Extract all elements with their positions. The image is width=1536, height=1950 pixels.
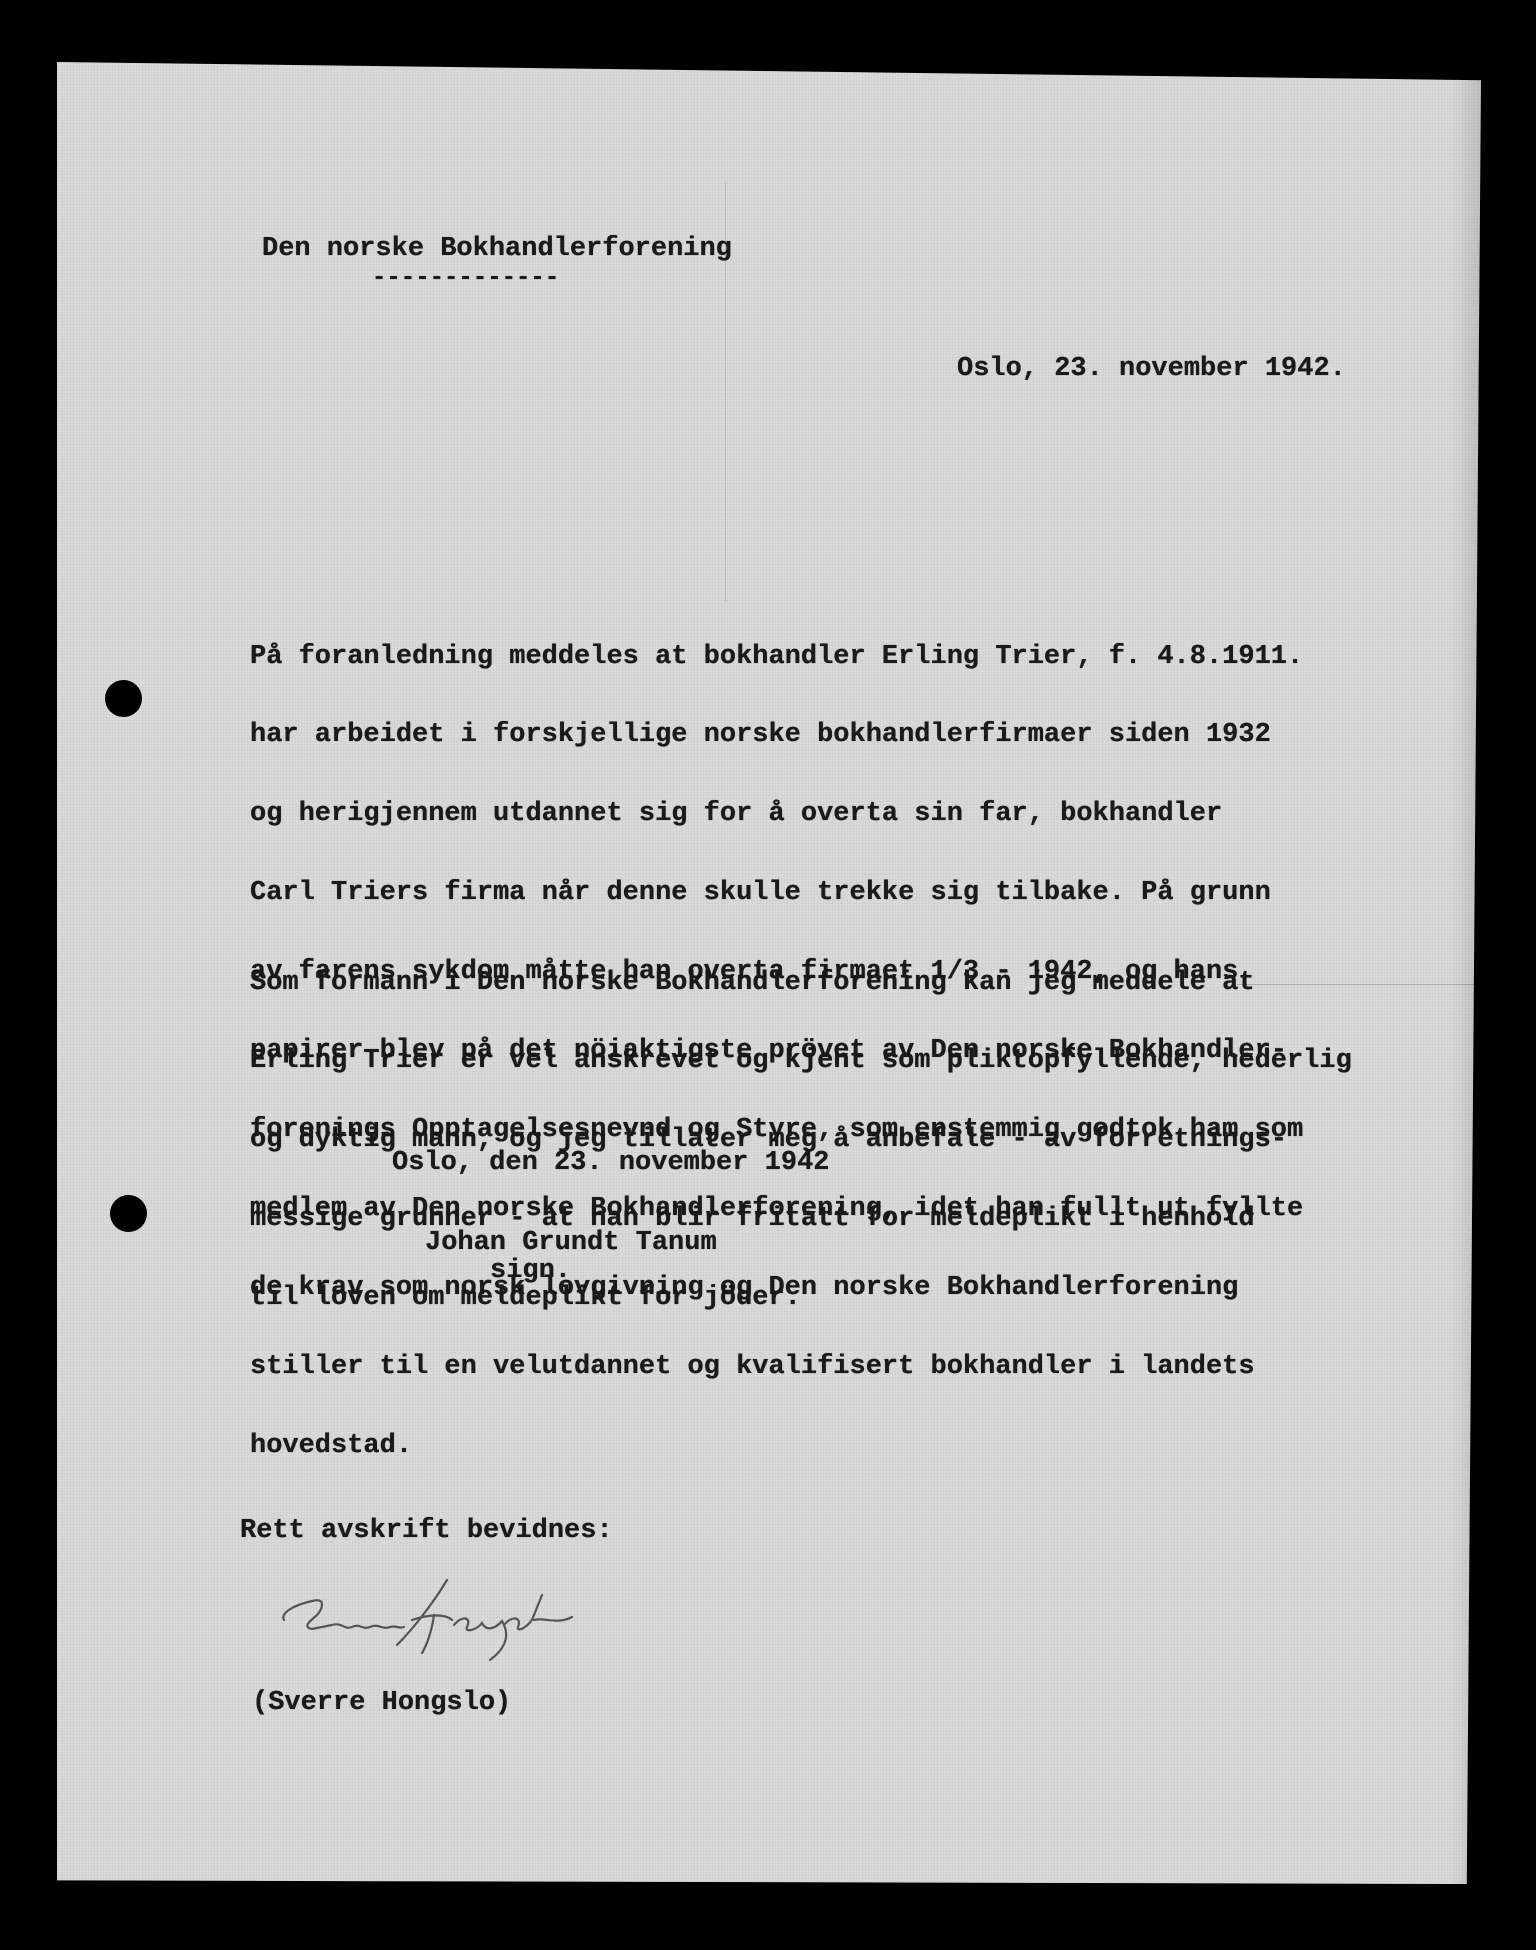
paragraph-line: Carl Triers firma når denne skulle trekk… — [250, 880, 1303, 906]
punch-hole-bottom — [110, 1195, 147, 1232]
signer-note: sign. — [490, 1258, 571, 1284]
paragraph-2: Som formann i Den norske Bokhandlerforen… — [250, 917, 1352, 1338]
paragraph-line: Erling Trier er vel anskrevet og kjent s… — [250, 1048, 1352, 1074]
certification-label: Rett avskrift bevidnes: — [240, 1518, 613, 1544]
date-line: Oslo, 23. november 1942. — [957, 356, 1346, 382]
paragraph-line: På foranledning meddeles at bokhandler E… — [250, 644, 1303, 670]
paragraph-line: messige grunner - at han blir fritatt fo… — [250, 1206, 1352, 1232]
signer-name: Johan Grundt Tanum — [425, 1230, 717, 1256]
paragraph-line: til loven om meldeplikt for jöder. — [250, 1285, 1352, 1311]
punch-hole-top — [105, 680, 142, 717]
paper-edge-shadow — [1451, 62, 1481, 1884]
closing-date: Oslo, den 23. november 1942 — [392, 1150, 829, 1176]
certifier-name: (Sverre Hongslo) — [252, 1690, 511, 1716]
paragraph-line: Som formann i Den norske Bokhandlerforen… — [250, 970, 1352, 996]
paragraph-line: hovedstad. — [250, 1433, 1303, 1459]
handwritten-signature-icon — [272, 1575, 592, 1665]
paragraph-line: stiller til en velutdannet og kvalifiser… — [250, 1354, 1303, 1380]
letterhead-underline: ------------- — [372, 266, 559, 292]
paragraph-line: og herigjennem utdannet sig for å overta… — [250, 801, 1303, 827]
paragraph-line: har arbeidet i forskjellige norske bokha… — [250, 722, 1303, 748]
letterhead: Den norske Bokhandlerforening — [262, 236, 732, 262]
